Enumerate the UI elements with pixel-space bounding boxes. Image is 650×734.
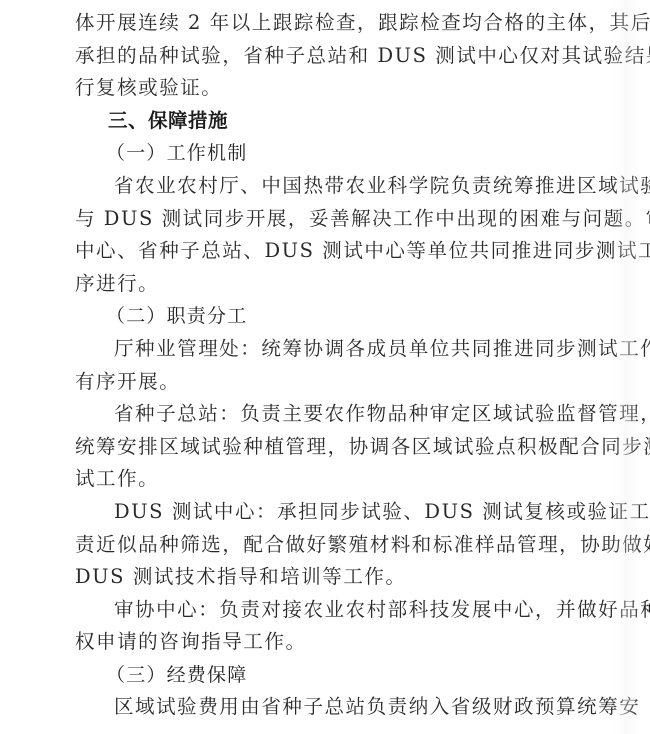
subsection-heading-funding: （三）经费保障: [75, 659, 573, 692]
text-line: 区域试验费用由省种子总站负责纳入省级财政预算统筹安: [75, 691, 573, 724]
text-line: 中心、省种子总站、DUS 测试中心等单位共同推进同步测试工作有: [75, 235, 573, 268]
text-line: 与 DUS 测试同步开展，妥善解决工作中出现的困难与问题。审协: [75, 203, 573, 236]
carryover-paragraph: 体开展连续 2 年以上跟踪检查，跟踪检查均合格的主体，其后期 承担的品种试验，省…: [75, 7, 573, 105]
section-heading-safeguards: 三、保障措施: [75, 105, 573, 138]
text-line: DUS 测试技术指导和培训等工作。: [75, 561, 573, 594]
paragraph-dus-test-center: DUS 测试中心：承担同步试验、DUS 测试复核或验证工作，负 责近似品种筛选，…: [75, 496, 573, 594]
subsection-heading-responsibilities: （二）职责分工: [75, 300, 573, 333]
paragraph-work-mechanism: 省农业农村厅、中国热带农业科学院负责统筹推进区域试验 与 DUS 测试同步开展，…: [75, 170, 573, 300]
text-line: 权申请的咨询指导工作。: [75, 626, 573, 659]
text-line: 统筹安排区域试验种植管理，协调各区域试验点积极配合同步测: [75, 431, 573, 464]
text-line: DUS 测试中心：承担同步试验、DUS 测试复核或验证工作，负: [75, 496, 573, 529]
text-line: 审协中心：负责对接农业农村部科技发展中心，并做好品种: [75, 594, 573, 627]
paragraph-review-center: 审协中心：负责对接农业农村部科技发展中心，并做好品种 权申请的咨询指导工作。: [75, 594, 573, 659]
text-line: 省种子总站：负责主要农作物品种审定区域试验监督管理，: [75, 398, 573, 431]
text-line: 序进行。: [75, 268, 573, 301]
page-edge-shading: [612, 0, 642, 734]
text-line: 有序开展。: [75, 366, 573, 399]
text-line: 试工作。: [75, 463, 573, 496]
paragraph-seed-management-office: 厅种业管理处：统筹协调各成员单位共同推进同步测试工作 有序开展。: [75, 333, 573, 398]
text-line: 责近似品种筛选，配合做好繁殖材料和标准样品管理，协助做好: [75, 529, 573, 562]
paragraph-provincial-seed-station: 省种子总站：负责主要农作物品种审定区域试验监督管理， 统筹安排区域试验种植管理，…: [75, 398, 573, 496]
text-line: 承担的品种试验，省种子总站和 DUS 测试中心仅对其试验结果进: [75, 40, 573, 73]
subsection-heading-work-mechanism: （一）工作机制: [75, 137, 573, 170]
text-line: 省农业农村厅、中国热带农业科学院负责统筹推进区域试验: [75, 170, 573, 203]
paragraph-funding: 区域试验费用由省种子总站负责纳入省级财政预算统筹安: [75, 691, 573, 724]
document-page: 体开展连续 2 年以上跟踪检查，跟踪检查均合格的主体，其后期 承担的品种试验，省…: [75, 7, 573, 724]
text-line: 行复核或验证。: [75, 72, 573, 105]
text-line: 体开展连续 2 年以上跟踪检查，跟踪检查均合格的主体，其后期: [75, 7, 573, 40]
text-line: 厅种业管理处：统筹协调各成员单位共同推进同步测试工作: [75, 333, 573, 366]
